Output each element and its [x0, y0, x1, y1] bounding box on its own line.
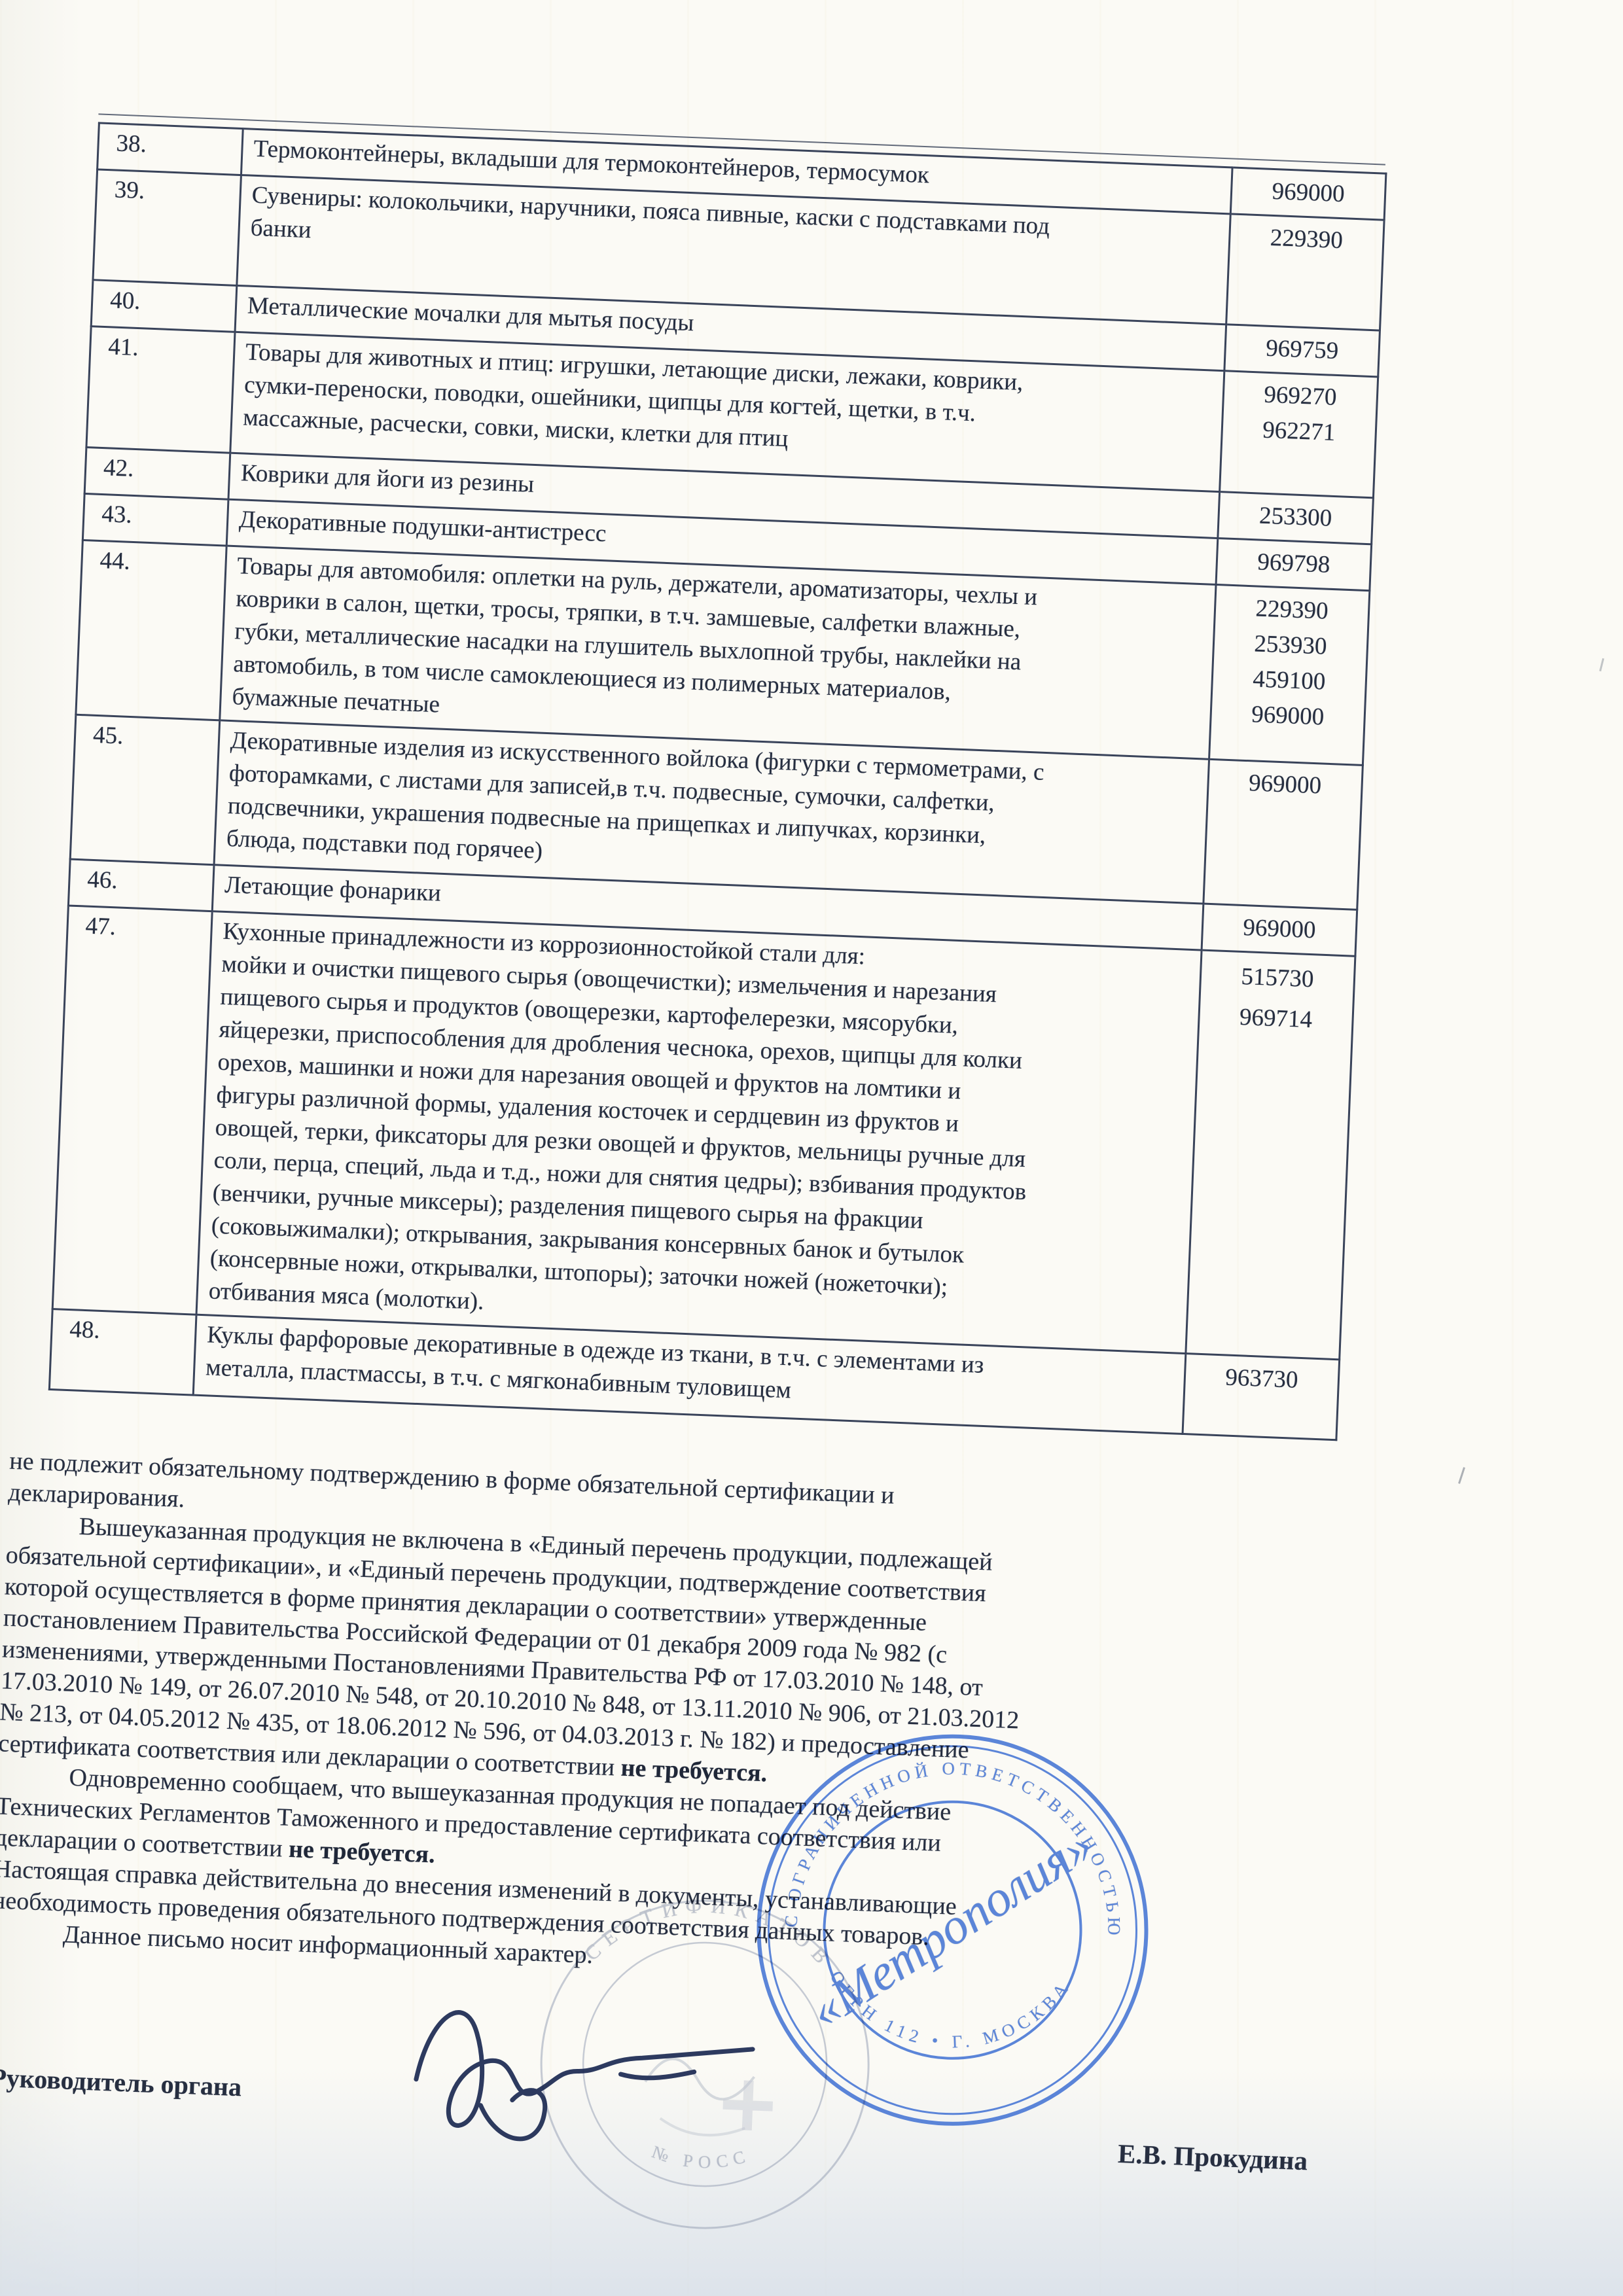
row-number: 41.: [86, 327, 235, 453]
product-table: 38.Термоконтейнеры, вкладыши для термоко…: [48, 122, 1387, 1441]
signature-title: Руководитель органа: [0, 2062, 242, 2102]
code-value: 969000: [1234, 173, 1382, 214]
code-value: 253930: [1217, 625, 1364, 666]
row-number: 40.: [91, 280, 237, 332]
row-number: 43.: [82, 493, 228, 546]
scanned-page: 38.Термоконтейнеры, вкладыши для термоко…: [0, 0, 1623, 2296]
code-value: 515730: [1204, 955, 1351, 1002]
code-value: 969798: [1220, 543, 1368, 584]
code-value: 253300: [1222, 497, 1370, 538]
row-codes: 969798: [1216, 539, 1372, 591]
row-number: 46.: [68, 859, 214, 911]
table-row: 47.Кухонные принадлежности из коррозионн…: [52, 906, 1355, 1360]
signature-scribble: [395, 1968, 781, 2179]
scan-mark: [1599, 658, 1605, 671]
code-value: 963730: [1188, 1358, 1336, 1400]
row-codes: 515730969714: [1186, 950, 1355, 1360]
code-value: 229390: [1218, 590, 1366, 631]
document-sheet: 38.Термоконтейнеры, вкладыши для термоко…: [0, 120, 1389, 2176]
code-value: 969759: [1228, 329, 1376, 370]
row-number: 44.: [76, 540, 226, 720]
row-number: 39.: [93, 169, 241, 286]
row-number: 42.: [84, 448, 230, 500]
row-codes: 963730: [1183, 1354, 1340, 1440]
bold-text: не требуется.: [620, 1754, 768, 1788]
row-description: Кухонные принадлежности из коррозионност…: [196, 911, 1202, 1354]
code-value: 459100: [1215, 660, 1363, 701]
row-codes: 969000: [1202, 904, 1357, 956]
row-codes: 969759: [1224, 325, 1380, 377]
row-number: 48.: [49, 1309, 196, 1396]
code-value: 962271: [1225, 411, 1373, 452]
row-number: 38.: [98, 123, 243, 175]
row-codes: 229390253930459100969000: [1209, 584, 1370, 765]
bold-text: не требуется.: [288, 1835, 435, 1869]
row-number: 45.: [70, 715, 220, 864]
code-value: 969270: [1226, 376, 1374, 417]
company-stamp: С ОГРАНИЧЕННОЙ ОТВЕТСТВЕННОСТЬЮ ОГРН 112…: [735, 1712, 1170, 2147]
code-value: 229390: [1232, 219, 1380, 260]
code-value: 969000: [1211, 764, 1359, 805]
code-value: 969714: [1202, 996, 1349, 1042]
code-value: 969000: [1205, 909, 1353, 950]
row-codes: 969000: [1230, 168, 1386, 220]
row-number: 47.: [52, 906, 212, 1315]
row-codes: 969270962271: [1220, 371, 1378, 498]
code-value: 969000: [1214, 696, 1362, 737]
scan-mark: [1458, 1467, 1465, 1484]
row-codes: 253300: [1218, 492, 1374, 544]
row-codes: 229390: [1226, 214, 1384, 330]
row-codes: 969000: [1204, 759, 1363, 910]
